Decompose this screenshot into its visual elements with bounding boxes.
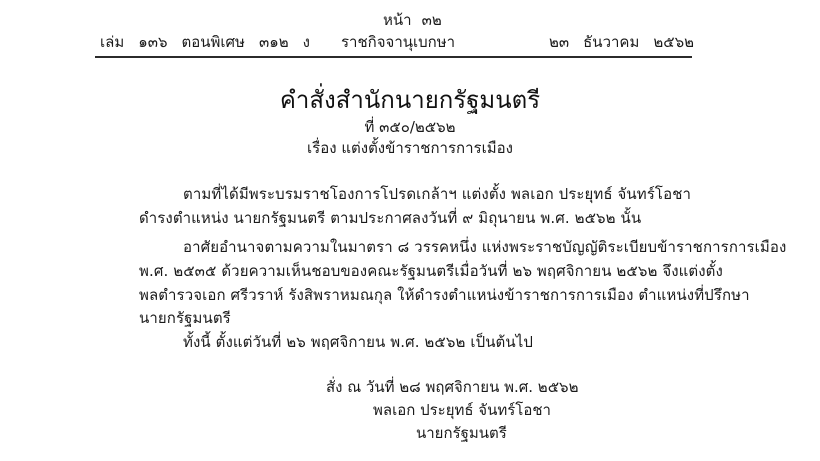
page-number: หน้า๓๒ [383,8,442,32]
section-number: ๓๑๒ [259,33,289,51]
signer-title: นายกรัฐมนตรี [416,421,507,445]
order-subject: เรื่อง แต่งตั้งข้าราชการการเมือง [0,136,820,160]
date-day: ๒๓ [549,33,569,51]
order-date: สั่ง ณ วันที่ ๒๘ พฤศจิกายน พ.ศ. ๒๕๖๒ [326,375,578,399]
body-line: อาศัยอำนาจตามความในมาตรา ๘ วรรคหนึ่ง แห่… [183,235,786,259]
page-label: หน้า [383,11,412,29]
gazette-date: ๒๓ธันวาคม๒๕๖๒ [549,30,694,54]
signer-name: พลเอก ประยุทธ์ จันทร์โอชา [373,398,551,422]
body-line: พ.ศ. ๒๕๓๕ ด้วยความเห็นชอบของคณะรัฐมนตรีเ… [139,259,723,283]
date-month: ธันวาคม [583,33,639,51]
body-line: นายกรัฐมนตรี [139,306,231,330]
body-line: ทั้งนี้ ตั้งแต่วันที่ ๒๖ พฤศจิกายน พ.ศ. … [183,330,533,354]
body-line: ตามที่ได้มีพระบรมราชโองการโปรดเกล้าฯ แต่… [183,182,691,206]
section-label: ตอนพิเศษ [182,33,245,51]
body-line: ดำรงตำแหน่ง นายกรัฐมนตรี ตามประกาศลงวันท… [139,206,641,230]
page-number-value: ๓๒ [422,11,442,29]
header-divider [95,56,692,58]
section-suffix: ง [303,33,310,51]
volume-label: เล่ม [100,33,124,51]
document-title: คำสั่งสำนักนายกรัฐมนตรี [0,80,820,119]
body-line: พลตำรวจเอก ศรีวราห์ รังสิพราหมณกุล ให้ดำ… [139,283,750,307]
volume-number: ๑๓๖ [138,33,167,51]
volume-info: เล่ม๑๓๖ตอนพิเศษ๓๑๒ง [100,30,310,54]
date-year: ๒๕๖๒ [653,33,694,51]
journal-name: ราชกิจจานุเบกษา [341,30,455,54]
